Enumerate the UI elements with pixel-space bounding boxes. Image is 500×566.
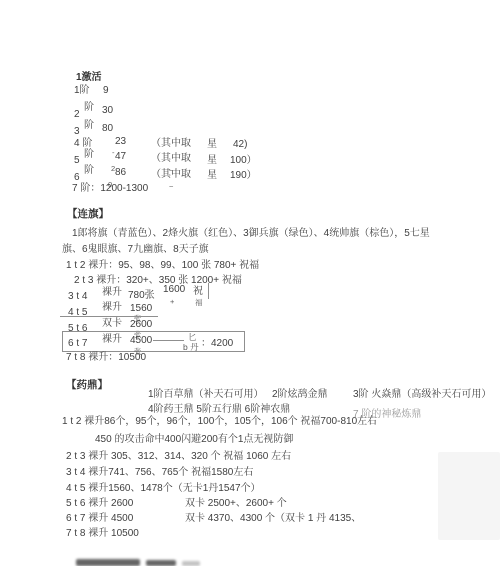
flags-row78: 7 t 8 裸升：10500 [66, 352, 146, 364]
clipped-text-remnant [146, 560, 176, 566]
cauldron-line1: 1 t 2 裸升86个，95个，96个，100个，105个，106个 祝福700… [62, 416, 377, 428]
activation-row6-jie: 阶 [84, 165, 94, 177]
flags-row34-extra-sub: + [170, 296, 174, 308]
cauldron-line8: 7 t 8 裸升 10500 [66, 528, 139, 540]
cauldron-line7-right: 双卡 4370、4300 个（双卡 1 丹 4135、 [185, 513, 361, 525]
cauldron-tier3: 3阶 火焱鼎（高级补天石可用） [353, 389, 491, 401]
document-page: 1激活 1阶 9 2 阶 30 3 阶 80 4 阶 23 - （其中取 星 4… [0, 0, 500, 566]
flags-line1: 1郎将旗（青蓝色）、2烽火旗（红色）、3御兵旗（绿色）、4统帅旗（棕色），5七星 [72, 228, 430, 240]
activation-row4-value: 23 [115, 136, 126, 148]
flags-row34-extra: 1600 [163, 284, 185, 296]
flags-row34-bless-sub: 福 [195, 297, 203, 309]
flags-row67-pill-value: ：4200 [201, 338, 233, 350]
cauldron-tier456: 4阶药王鼎 5阶五行鼎 6阶神农鼎 [148, 404, 290, 416]
table-rule-short [153, 340, 184, 341]
cauldron-line4: 3 t 4 裸升741、756、765个 祝福1580左右 [66, 467, 253, 479]
activation-row5-star-value: 100） [230, 155, 257, 167]
activation-row5-jie: 阶 [84, 149, 94, 161]
flags-line3: 1 t 2 裸升：95、98、99、100 张 780+ 祝福 [66, 260, 259, 272]
cauldron-line5: 4 t 5 裸升1560、1478个（无卡1丹1547个） [66, 483, 261, 495]
flags-row67-method: 裸升 [102, 334, 122, 346]
activation-row3-digit: 3 [74, 126, 80, 138]
flags-row56-method: 双卡 [102, 318, 122, 330]
table-divider-vertical [208, 283, 209, 299]
activation-row5-value: 47 [115, 151, 126, 163]
table-rule [60, 316, 158, 317]
cauldron-line2: 450 的攻击命中400闪避200有个1点无视防御 [95, 434, 293, 446]
activation-row3-jie: 阶 [84, 120, 94, 132]
activation-row6-note-sub: ~ [169, 181, 173, 193]
cauldron-line6-left: 5 t 6 裸升 2600 [66, 498, 133, 510]
activation-row1-value: 9 [103, 85, 109, 97]
activation-row2-jie: 阶 [84, 102, 94, 114]
activation-row5-digit: 5 [74, 155, 80, 167]
flags-row45-label: 4 t 5 [68, 307, 87, 319]
activation-row6-star: 星 [207, 170, 217, 182]
cauldron-tier1: 1阶百草鼎（补天石可用） [148, 389, 264, 401]
clipped-text-remnant [76, 559, 140, 566]
activation-row2-value: 30 [102, 105, 113, 117]
activation-title: 1激活 [76, 72, 102, 84]
activation-row2-digit: 2 [74, 109, 80, 121]
activation-row4-star: 星 [207, 139, 217, 151]
activation-row6-value: 86 [115, 167, 126, 179]
activation-row5-star: 星 [207, 155, 217, 167]
activation-row6-star-value: 190） [230, 170, 257, 182]
flags-title: 【连旗】 [67, 208, 109, 220]
activation-row7: 7 阶：1200-1300 [72, 183, 148, 195]
flags-row67-label: 6 t 7 [68, 338, 87, 350]
flags-row34-method: 裸升 [102, 287, 122, 299]
watermark-block [438, 452, 500, 540]
activation-row6-note: （其中取 [151, 169, 191, 181]
flags-line4: 2 t 3 裸升：320+、350 张 1200+ 祝福 [74, 275, 242, 287]
flags-row67-pill: b 丹 [183, 341, 199, 353]
cauldron-line7-left: 6 t 7 裸升 4500 [66, 513, 133, 525]
activation-row5-note: （其中取 [151, 153, 191, 165]
flags-row45-method: 裸升 [102, 302, 122, 314]
cauldron-tier2: 2阶炫鸹金鼎 [272, 389, 328, 401]
flags-line2: 旗、6鬼眼旗、7九幽旗、8天子旗 [62, 244, 209, 256]
activation-row3-value: 80 [102, 123, 113, 135]
activation-row4-star-value: 42) [233, 139, 247, 151]
flags-row34-label: 3 t 4 [68, 291, 87, 303]
flags-row34-qty: 780张 [128, 290, 155, 302]
activation-row1-label: 1阶 [74, 85, 90, 97]
cauldron-title: 【药鼎】 [66, 379, 108, 391]
cauldron-line6-right: 双卡 2500+、2600+ 个 [185, 498, 287, 510]
clipped-text-remnant [182, 561, 200, 566]
activation-row4-note: （其中取 [151, 138, 191, 150]
cauldron-line3: 2 t 3 裸升 305、312、314、320 个 祝福 1060 左右 [66, 451, 291, 463]
